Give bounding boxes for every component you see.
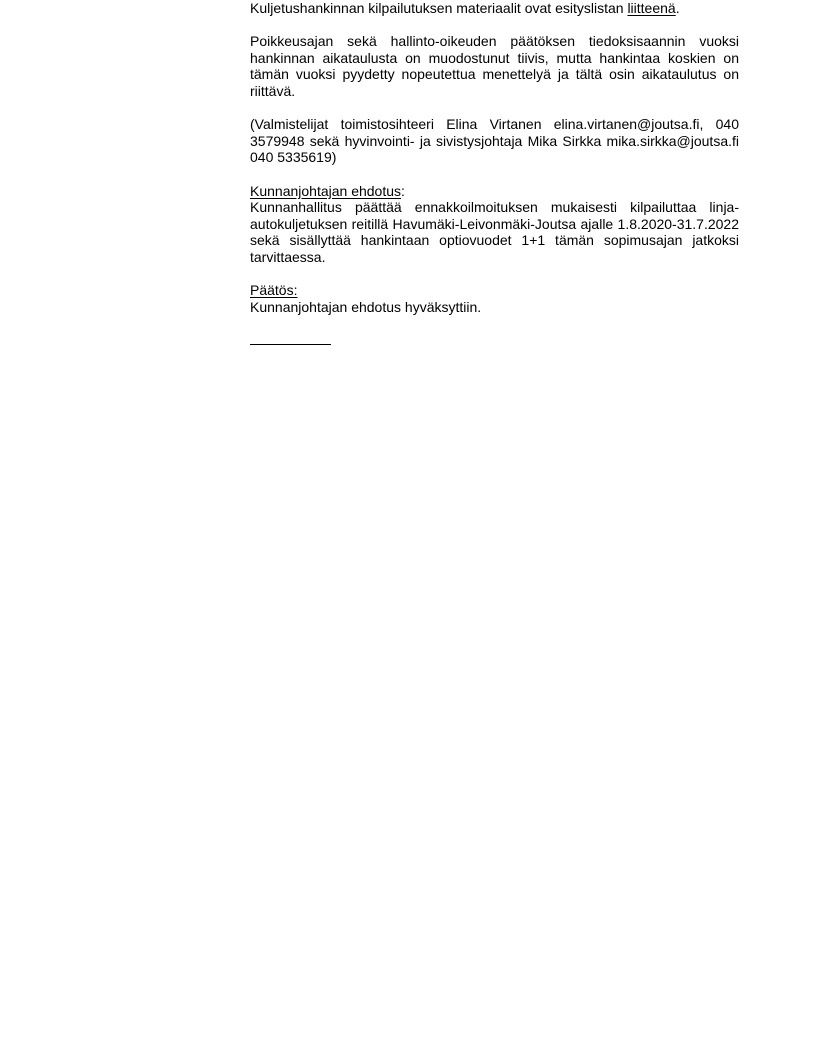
decision-text: Kunnanjohtajan ehdotus hyväksyttiin.: [250, 299, 739, 316]
schedule-paragraph: Poikkeusajan sekä hallinto-oikeuden päät…: [250, 33, 739, 99]
decision-heading-text: Päätös:: [250, 282, 297, 298]
paragraph-gap: [250, 266, 739, 283]
decision-heading: Päätös:: [250, 282, 739, 299]
intro-period: .: [676, 0, 680, 16]
section-end-divider: [250, 332, 739, 349]
paragraph-gap: [250, 315, 739, 332]
document-page: Kuljetushankinnan kilpailutuksen materia…: [250, 0, 739, 348]
paragraph-gap: [250, 166, 739, 183]
horizontal-rule: [250, 332, 331, 345]
intro-paragraph: Kuljetushankinnan kilpailutuksen materia…: [250, 0, 739, 17]
intro-text: Kuljetushankinnan kilpailutuksen materia…: [250, 0, 627, 16]
proposal-text: Kunnanhallitus päättää ennakkoilmoitukse…: [250, 199, 739, 265]
paragraph-gap: [250, 17, 739, 34]
preparers-paragraph: (Valmistelijat toimistosihteeri Elina Vi…: [250, 116, 739, 166]
proposal-heading-text: Kunnanjohtajan ehdotus: [250, 183, 401, 199]
proposal-heading: Kunnanjohtajan ehdotus:: [250, 183, 739, 200]
proposal-heading-colon: :: [401, 183, 405, 199]
attachment-link[interactable]: liitteenä: [627, 0, 675, 16]
paragraph-gap: [250, 100, 739, 117]
